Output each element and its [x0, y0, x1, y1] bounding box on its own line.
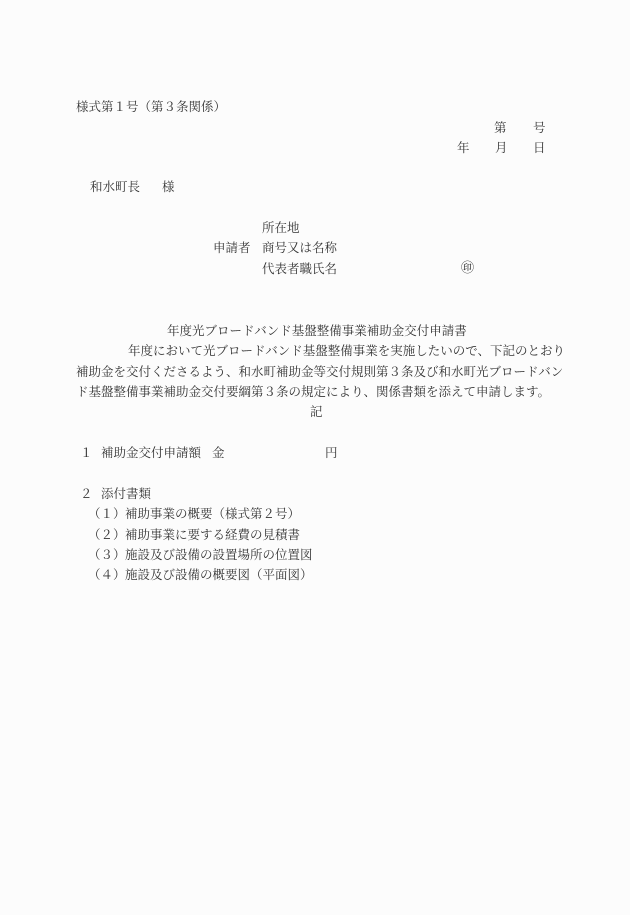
- body-paragraph-line-2: 補助金を交付くださるよう、和水町補助金等交付規則第３条及び和水町光ブロードバン: [76, 366, 556, 379]
- attachment-1-number: （１）: [88, 508, 126, 521]
- attachment-1-label: 補助事業の概要（様式第２号）: [125, 508, 300, 521]
- attachment-2-label: 補助事業に要する経費の見積書: [125, 529, 300, 542]
- attachment-2-number: （２）: [88, 529, 126, 542]
- item-2-label: 添付書類: [101, 488, 151, 501]
- applicant-company-label: 商号又は名称: [262, 242, 337, 255]
- attachment-3-number: （３）: [88, 549, 126, 562]
- document-number-label: 第: [494, 122, 507, 135]
- item-1-unit: 円: [325, 447, 338, 460]
- document-title: 年度光ブロードバンド基盤整備事業補助金交付申請書: [167, 325, 467, 338]
- date-month-label: 月: [495, 142, 508, 155]
- applicant-label: 申請者: [213, 242, 251, 255]
- applicant-representative-label: 代表者職氏名: [262, 263, 337, 276]
- item-2-number: ２: [80, 488, 93, 501]
- item-1-number: １: [80, 447, 93, 460]
- attachment-4-number: （４）: [88, 569, 126, 582]
- ki-heading: 記: [310, 406, 323, 419]
- document-number-suffix: 号: [533, 122, 546, 135]
- attachment-3-label: 施設及び設備の設置場所の位置図: [125, 549, 313, 562]
- attachment-4-label: 施設及び設備の概要図（平面図）: [125, 569, 313, 582]
- form-number: 様式第１号（第３条関係）: [76, 101, 226, 114]
- applicant-address-label: 所在地: [262, 222, 300, 235]
- addressee-honorific: 様: [162, 181, 175, 194]
- body-text-line-1: 年度において光ブロードバンド基盤整備事業を実施したいので、下記のとおり: [128, 343, 565, 358]
- body-paragraph-line-3: ド基盤整備事業補助金交付要綱第３条の規定により、関係書類を添えて申請します。: [76, 386, 556, 399]
- seal-icon: ㊞: [461, 262, 474, 275]
- addressee-name: 和水町長: [90, 181, 140, 194]
- item-1-currency-prefix: 金: [212, 447, 225, 460]
- body-paragraph-line-1: 年度において光ブロードバンド基盤整備事業を実施したいので、下記のとおり: [76, 345, 556, 358]
- item-1-label: 補助金交付申請額: [101, 447, 201, 460]
- date-day-label: 日: [533, 142, 546, 155]
- date-year-label: 年: [457, 142, 470, 155]
